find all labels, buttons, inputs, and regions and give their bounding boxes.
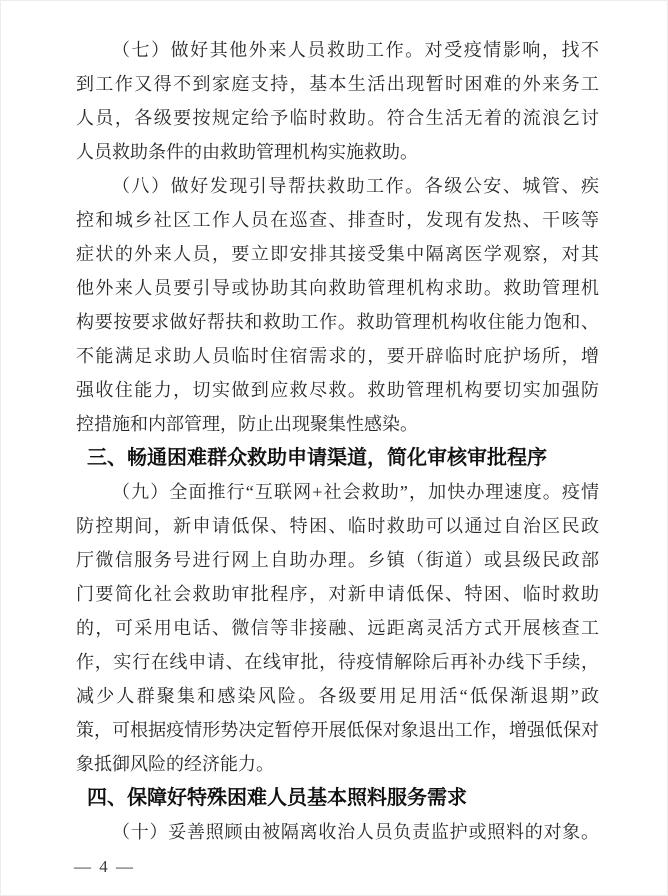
paragraph-item-7-line: 人员救助条件的由救助管理机构实施救助。 <box>76 135 599 169</box>
paragraph-item-7-line: 到工作又得不到家庭支持，基本生活出现暂时困难的外来务工 <box>76 67 599 101</box>
heading-section-4: 四、保障好特殊困难人员基本照料服务需求 <box>76 781 599 815</box>
document-page: （七）做好其他外来人员救助工作。对受疫情影响，找不到工作又得不到家庭支持，基本生… <box>0 0 668 896</box>
paragraph-item-8-line: 症状的外来人员，要立即安排其接受集中隔离医学观察，对其 <box>76 237 599 271</box>
heading-section-3: 三、畅通困难群众救助申请渠道，简化审核审批程序 <box>76 441 599 475</box>
page-number: — 4 — <box>74 855 135 879</box>
paragraph-item-9-line: 的，可采用电话、微信等非接融、远距离灵活方式开展核查工 <box>76 611 599 645</box>
paragraph-item-9-line: 厅微信服务号进行网上自助办理。乡镇（街道）或县级民政部 <box>76 543 599 577</box>
document-body: （七）做好其他外来人员救助工作。对受疫情影响，找不到工作又得不到家庭支持，基本生… <box>76 33 599 849</box>
paragraph-item-8-line: （八）做好发现引导帮扶救助工作。各级公安、城管、疾 <box>76 169 599 203</box>
paragraph-item-7-line: 人员，各级要按规定给予临时救助。符合生活无着的流浪乞讨 <box>76 101 599 135</box>
paragraph-item-8-line: 控措施和内部管理，防止出现聚集性感染。 <box>76 407 599 441</box>
paragraph-item-8-line: 构要按要求做好帮扶和救助工作。救助管理机构收住能力饱和、 <box>76 305 599 339</box>
paragraph-item-9-line: 防控期间，新申请低保、特困、临时救助可以通过自治区民政 <box>76 509 599 543</box>
paragraph-item-9-line: 作，实行在线申请、在线审批，待疫情解除后再补办线下手续， <box>76 645 599 679</box>
paragraph-item-8-line: 不能满足求助人员临时住宿需求的，要开辟临时庇护场所，增 <box>76 339 599 373</box>
paragraph-item-7-line: （七）做好其他外来人员救助工作。对受疫情影响，找不 <box>76 33 599 67</box>
paragraph-item-9-line: 象抵御风险的经济能力。 <box>76 747 599 781</box>
paragraph-item-9-line: 门要简化社会救助审批程序，对新申请低保、特困、临时救助 <box>76 577 599 611</box>
paragraph-item-8-line: 控和城乡社区工作人员在巡查、排查时，发现有发热、干咳等 <box>76 203 599 237</box>
paragraph-item-9-line: 减少人群聚集和感染风险。各级要用足用活“低保渐退期”政 <box>76 679 599 713</box>
paragraph-item-9-line: （九）全面推行“互联网+社会救助”，加快办理速度。疫情 <box>76 475 599 509</box>
paragraph-item-8-line: 强收住能力，切实做到应救尽救。救助管理机构要切实加强防 <box>76 373 599 407</box>
paragraph-item-10-line: （十）妥善照顾由被隔离收治人员负责监护或照料的对象。 <box>76 815 599 849</box>
paragraph-item-9-line: 策，可根据疫情形势决定暂停开展低保对象退出工作，增强低保对 <box>76 713 599 747</box>
paragraph-item-8-line: 他外来人员要引导或协助其向救助管理机构求助。救助管理机 <box>76 271 599 305</box>
